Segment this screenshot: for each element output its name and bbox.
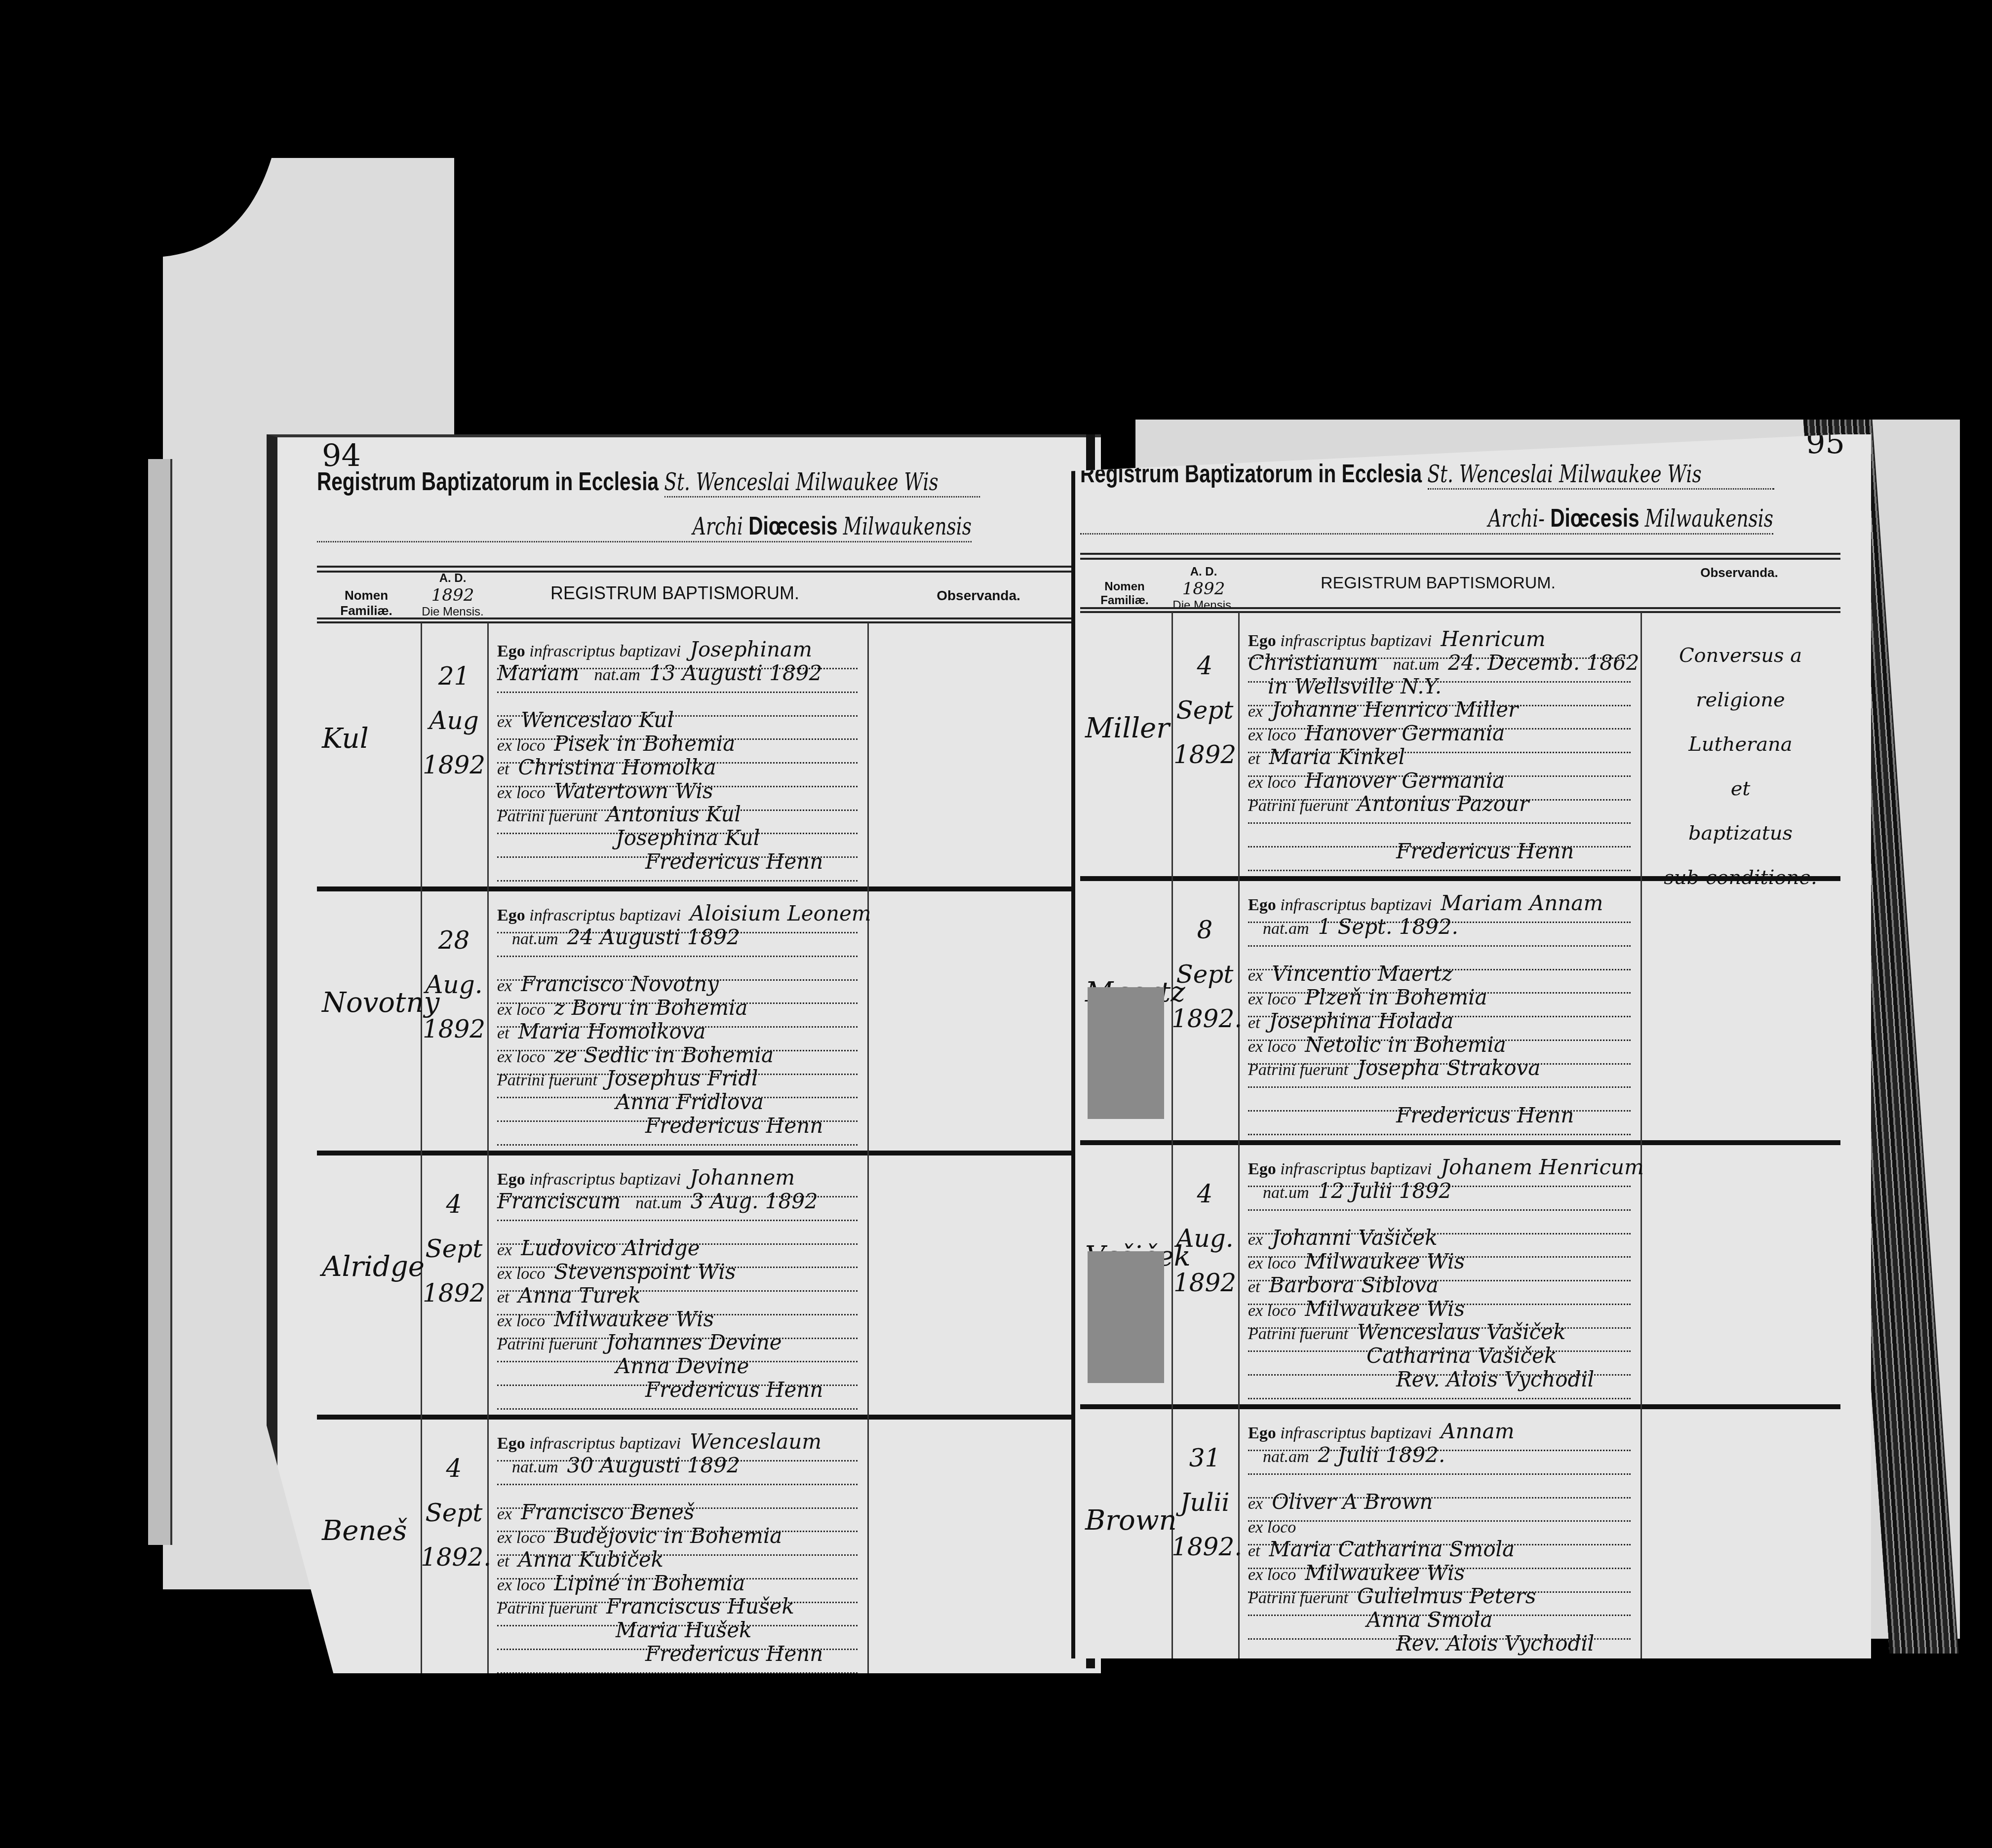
entry-separator	[317, 1151, 1097, 1155]
date-part: 28	[421, 918, 487, 962]
birth-place: in Wellsville N.Y.	[1268, 674, 1442, 698]
form-label: ex loco	[1248, 1566, 1296, 1584]
date-part: 1892	[1172, 1261, 1238, 1305]
form-label: ex loco	[497, 1312, 545, 1330]
birth-prefix: nat.am	[1263, 920, 1309, 938]
col-date: A. D. 1892 Die Mensis.	[1172, 565, 1236, 613]
column-divider	[1640, 1404, 1642, 1668]
diocese-line: Archi Diœcesis Milwaukensis	[317, 511, 972, 542]
father-name: Wenceslao Kul	[521, 708, 674, 732]
right-page: 95 Registrum Baptizatorum in Ecclesia St…	[1071, 434, 1871, 1658]
date-part: 1892	[421, 743, 487, 787]
father-place: Stevenspoint Wis	[554, 1260, 736, 1284]
priest-line: Fredericus Henn	[497, 1642, 858, 1674]
birth-date: 3 Aug. 1892	[691, 1189, 818, 1213]
priest-signature: Fredericus Henn	[645, 1378, 823, 1402]
form-label: ex loco	[1248, 1302, 1296, 1320]
father-name: Johanni Vašiček	[1272, 1226, 1437, 1250]
father-place: Hanover Germania	[1305, 721, 1505, 745]
mother-place: Netolic in Bohemia	[1305, 1033, 1506, 1057]
form-label: ex	[497, 977, 512, 995]
register-entry: Vašiček4Aug.1892Ego infrascriptus baptiz…	[1075, 1140, 1871, 1404]
priest-signature: Fredericus Henn	[1396, 839, 1574, 863]
form-label: et	[497, 1288, 509, 1307]
observanda-line: et	[1645, 767, 1836, 811]
form-label: et	[1248, 1278, 1260, 1296]
birth-prefix: nat.am	[594, 666, 640, 684]
date-part: 4	[421, 1446, 487, 1491]
date-part: Aug.	[421, 962, 487, 1007]
baptized-name: Josephinam	[690, 637, 812, 661]
register-title: Registrum Baptizatorum in Ecclesia St. W…	[317, 467, 980, 498]
column-divider	[867, 1415, 869, 1679]
form-label: Patrini fuerunt	[1248, 1589, 1348, 1607]
mother-name: Anna Turek	[518, 1283, 641, 1308]
birth-date: 30 Augusti 1892	[567, 1453, 740, 1477]
priest-signature: Fredericus Henn	[645, 849, 823, 874]
redaction-box	[1088, 987, 1164, 1119]
form-label: et	[1248, 1542, 1260, 1560]
form-label: Patrini fuerunt	[1248, 797, 1348, 815]
father-name: Francisco Novotny	[521, 972, 719, 996]
redaction-box	[1088, 1251, 1164, 1384]
column-divider	[867, 622, 869, 886]
family-name: Brown	[1085, 1504, 1172, 1537]
baptized-name: Aloisium Leonem	[690, 901, 871, 925]
column-divider	[487, 886, 489, 1151]
register-entry: Novotny28Aug.1892Ego infrascriptus bapti…	[277, 886, 1101, 1151]
baptism-date: 31Julii1892.	[1172, 1436, 1238, 1569]
diocese-line: Archi- Diœcesis Milwaukensis	[1080, 503, 1773, 535]
godparent-2: Maria Hušek	[616, 1618, 751, 1642]
family-name: Kul	[322, 723, 421, 755]
baptism-date: 4Sept1892	[1172, 644, 1238, 777]
godparent-1: Gulielmus Peters	[1357, 1584, 1536, 1608]
form-label: Patrini fuerunt	[497, 1335, 597, 1353]
godparent-1: Antonius Kul	[606, 802, 741, 826]
date-part: 1892.	[1172, 1525, 1238, 1569]
entry-separator	[317, 886, 1097, 891]
priest-signature: Fredericus Henn	[1396, 1103, 1574, 1127]
mother-name: Maria Catharina Smola	[1269, 1537, 1515, 1561]
godparent-1: Josephus Fridl	[606, 1066, 758, 1090]
form-label: Patrini fuerunt	[1248, 1325, 1348, 1343]
mother-place: Milwaukee Wis	[1305, 1297, 1465, 1321]
birth-date: 1 Sept. 1892.	[1318, 915, 1458, 939]
priest-line: Rev. Alois Vychodil	[1248, 1367, 1631, 1399]
form-label: ex loco	[1248, 1038, 1296, 1056]
form-label: et	[497, 1024, 509, 1042]
baptism-date: 28Aug.1892	[421, 918, 487, 1051]
column-divider	[487, 622, 489, 886]
mother-name: Anna Kubiček	[518, 1547, 664, 1572]
birth-date: 24 Augusti 1892	[567, 925, 740, 949]
mother-place: Watertown Wis	[554, 779, 713, 803]
date-part: Sept	[421, 1227, 487, 1271]
birth-prefix: nat.am	[1263, 1448, 1309, 1466]
date-part: Sept	[1172, 688, 1238, 732]
date-part: 1892	[1172, 732, 1238, 777]
baptized-name: Mariam Annam	[1441, 891, 1603, 915]
family-name: Novotny	[322, 987, 421, 1019]
baptized-name-2: Christianum	[1248, 651, 1378, 675]
father-name: Oliver A Brown	[1272, 1490, 1433, 1514]
birth-date: 2 Julii 1892.	[1318, 1443, 1445, 1467]
column-divider	[1640, 612, 1642, 876]
father-name: Ludovico Alridge	[521, 1236, 700, 1260]
church-name: St. Wenceslai Milwaukee Wis	[664, 468, 980, 498]
form-label: Patrini fuerunt	[497, 1599, 597, 1617]
form-label: ex loco	[1248, 773, 1296, 792]
birth-prefix: nat.um	[512, 1458, 558, 1476]
form-label: Patrini fuerunt	[497, 807, 597, 825]
entry-separator	[1080, 1140, 1840, 1145]
entry-separator	[1080, 876, 1840, 881]
form-label: et	[1248, 750, 1260, 768]
left-page: 94 Registrum Baptizatorum in Ecclesia St…	[267, 434, 1101, 1673]
church-name: St. Wenceslai Milwaukee Wis	[1427, 461, 1774, 490]
mother-name: Maria Kinkel	[1269, 745, 1406, 769]
register-entry: Miller4Sept1892Ego infrascriptus baptiza…	[1075, 612, 1871, 876]
date-part: Aug	[421, 698, 487, 743]
priest-line: Fredericus Henn	[1248, 839, 1631, 871]
date-part: 1892	[421, 1271, 487, 1315]
baptism-date: 4Sept1892	[421, 1182, 487, 1315]
column-divider	[487, 1151, 489, 1415]
col-registrum: REGISTRUM BAPTISMORUM.	[1241, 574, 1636, 593]
mother-place: Milwaukee Wis	[554, 1307, 714, 1331]
form-label: Ego infrascriptus baptizavi	[1248, 632, 1432, 650]
observanda-line: baptizatus	[1645, 811, 1836, 855]
birth-prefix: nat.um	[635, 1194, 682, 1212]
date-part: 4	[421, 1182, 487, 1227]
date-part: Aug.	[1172, 1216, 1238, 1261]
form-label: ex	[1248, 966, 1263, 985]
mother-name: Barbora Siblova	[1269, 1273, 1439, 1297]
register-entry: Alridge4Sept1892Ego infrascriptus baptiz…	[277, 1151, 1101, 1415]
form-label: ex	[497, 1241, 512, 1259]
register-entry: Brown31Julii1892.Ego infrascriptus bapti…	[1075, 1404, 1871, 1668]
form-label: ex loco	[1248, 1254, 1296, 1272]
date-part: 1892.	[421, 1535, 487, 1579]
register-entry: Kul21Aug1892Ego infrascriptus baptizaviJ…	[277, 622, 1101, 886]
form-label: ex	[1248, 1495, 1263, 1513]
form-label: ex	[497, 713, 512, 731]
column-divider	[1238, 612, 1240, 876]
mother-place: Lipiné in Bohemia	[554, 1571, 745, 1595]
date-part: Julii	[1172, 1480, 1238, 1525]
date-part: 1892.	[1172, 997, 1238, 1041]
form-label: ex	[497, 1505, 512, 1523]
mother-name: Maria Homolkova	[518, 1019, 706, 1043]
form-label: et	[497, 1552, 509, 1571]
mother-name: Josephina Holada	[1269, 1009, 1454, 1033]
birth-prefix: nat.um	[1263, 1184, 1309, 1202]
column-divider	[1238, 1140, 1240, 1404]
form-label: Ego infrascriptus baptizavi	[1248, 1160, 1432, 1178]
column-divider	[1640, 1140, 1642, 1404]
baptized-name: Wenceslaum	[690, 1429, 821, 1454]
baptism-date: 8Sept1892.	[1172, 908, 1238, 1041]
priest-line: Fredericus Henn	[1248, 1103, 1631, 1135]
baptized-name: Johanem Henricum	[1441, 1155, 1644, 1179]
date-part: 4	[1172, 1172, 1238, 1216]
form-label: ex	[1248, 1231, 1263, 1249]
observanda-line: religione Lutherana	[1645, 678, 1836, 767]
col-date: A. D. 1892 Die Mensis.	[421, 572, 485, 619]
baptized-name: Annam	[1441, 1419, 1514, 1443]
birth-prefix: nat.um	[1393, 655, 1440, 674]
priest-signature: Rev. Alois Vychodil	[1396, 1367, 1594, 1391]
priest-line: Rev. Alois Vychodil	[1248, 1631, 1631, 1663]
priest-line: Fredericus Henn	[497, 849, 858, 882]
form-label: Ego infrascriptus baptizavi	[1248, 896, 1432, 914]
form-label: ex	[1248, 702, 1263, 721]
form-label: ex loco	[497, 1529, 545, 1547]
date-part: 1892	[421, 1007, 487, 1051]
col-registrum: REGISTRUM BAPTISMORUM.	[490, 583, 860, 604]
form-label: ex loco	[497, 1001, 545, 1019]
date-part: 31	[1172, 1436, 1238, 1480]
family-name: Alridge	[322, 1251, 421, 1283]
form-label: ex loco	[497, 1576, 545, 1594]
form-label: Ego infrascriptus baptizavi	[1248, 1424, 1432, 1442]
form-label: Ego infrascriptus baptizavi	[497, 906, 681, 924]
form-label: Ego infrascriptus baptizavi	[497, 1170, 681, 1189]
father-place: z Boru in Bohemia	[554, 996, 747, 1020]
form-label: ex loco	[1248, 990, 1296, 1008]
col-nomen: Nomen Familiæ.	[1080, 580, 1169, 608]
priest-signature: Fredericus Henn	[645, 1642, 823, 1666]
godparent-2: Josephina Kul	[616, 826, 760, 850]
column-divider	[1640, 876, 1642, 1140]
baptism-date: 4Sept1892.	[421, 1446, 487, 1579]
godparent-2: Catharina Vašiček	[1367, 1344, 1557, 1368]
observanda-line: Conversus a	[1645, 633, 1836, 678]
column-divider	[867, 1151, 869, 1415]
form-label: Patrini fuerunt	[497, 1071, 597, 1089]
father-place: Pisek in Bohemia	[554, 731, 735, 756]
date-part: 21	[421, 654, 487, 698]
form-label: Ego infrascriptus baptizavi	[497, 1434, 681, 1453]
mother-place: Hanover Germania	[1305, 769, 1505, 793]
father-name: Johanne Henrico Miller	[1272, 697, 1518, 722]
register-entry: Maertz8Sept1892.Ego infrascriptus baptiz…	[1075, 876, 1871, 1140]
family-name: Beneš	[322, 1515, 421, 1547]
priest-line: Fredericus Henn	[497, 1378, 858, 1410]
date-part: Sept	[1172, 952, 1238, 997]
priest-signature: Fredericus Henn	[645, 1114, 823, 1138]
col-nomen: Nomen Familiæ.	[317, 588, 416, 618]
form-label: ex loco	[497, 736, 545, 755]
birth-date: 12 Julii 1892	[1318, 1179, 1452, 1203]
col-observanda: Observanda.	[1643, 565, 1836, 580]
birth-date: 13 Augusti 1892	[649, 661, 822, 685]
father-name: Francisco Beneš	[521, 1500, 694, 1524]
birth-prefix: nat.um	[512, 930, 558, 948]
col-observanda: Observanda.	[870, 588, 1087, 604]
form-label: ex loco	[497, 784, 545, 802]
baptism-date: 21Aug1892	[421, 654, 487, 787]
priest-line: Fredericus Henn	[497, 1114, 858, 1146]
entry-separator	[1080, 1404, 1840, 1409]
date-part: 4	[1172, 644, 1238, 688]
form-label: Patrini fuerunt	[1248, 1061, 1348, 1079]
baptized-name: Johannem	[690, 1165, 795, 1190]
godparent-2: Anna Devine	[616, 1354, 749, 1378]
form-label: ex loco	[1248, 726, 1296, 744]
mother-place: Milwaukee Wis	[1305, 1561, 1465, 1585]
column-divider	[867, 886, 869, 1151]
register-entry: Beneš4Sept1892.Ego infrascriptus baptiza…	[277, 1415, 1101, 1679]
godparent-1: Josepha Strakova	[1357, 1056, 1540, 1080]
header-rule	[1080, 553, 1840, 560]
entry-separator	[317, 1415, 1097, 1420]
book-cover-edge	[148, 459, 172, 1545]
father-place: Milwaukee Wis	[1305, 1249, 1465, 1273]
godparent-1: Johannes Devine	[606, 1330, 782, 1354]
observanda-note: Conversus areligione Lutheranaetbaptizat…	[1645, 633, 1836, 900]
form-label: et	[497, 760, 509, 778]
godparent-2: Anna Fridlova	[616, 1090, 764, 1114]
father-place: Budějovic in Bohemia	[554, 1524, 782, 1548]
godparent-1: Franciscus Hušek	[606, 1594, 794, 1618]
baptized-name-2: Mariam	[497, 661, 579, 685]
baptized-name: Henricum	[1441, 627, 1545, 651]
family-name: Miller	[1085, 712, 1172, 744]
birth-date: 24. Decemb. 1862	[1448, 651, 1639, 675]
date-part: 8	[1172, 908, 1238, 952]
form-label: ex loco	[497, 1048, 545, 1066]
father-name: Vincentio Maertz	[1272, 962, 1452, 986]
baptism-date: 4Aug.1892	[1172, 1172, 1238, 1305]
mother-place: ze Sedlic in Bohemia	[554, 1043, 774, 1067]
form-label: Ego infrascriptus baptizavi	[497, 642, 681, 660]
father-place: Plzeň in Bohemia	[1305, 985, 1487, 1009]
form-label: ex loco	[497, 1265, 545, 1283]
godparent-1: Antonius Pazour	[1357, 792, 1529, 816]
form-label: ex loco	[1248, 1518, 1296, 1537]
date-part: Sept	[421, 1491, 487, 1535]
priest-signature: Rev. Alois Vychodil	[1396, 1631, 1594, 1655]
godparent-1: Wenceslaus Vašiček	[1357, 1320, 1565, 1344]
mother-name: Christina Homolka	[518, 755, 716, 779]
form-label: et	[1248, 1014, 1260, 1032]
baptized-name-2: Franciscum	[497, 1189, 621, 1213]
godparent-2: Anna Smola	[1367, 1608, 1492, 1632]
